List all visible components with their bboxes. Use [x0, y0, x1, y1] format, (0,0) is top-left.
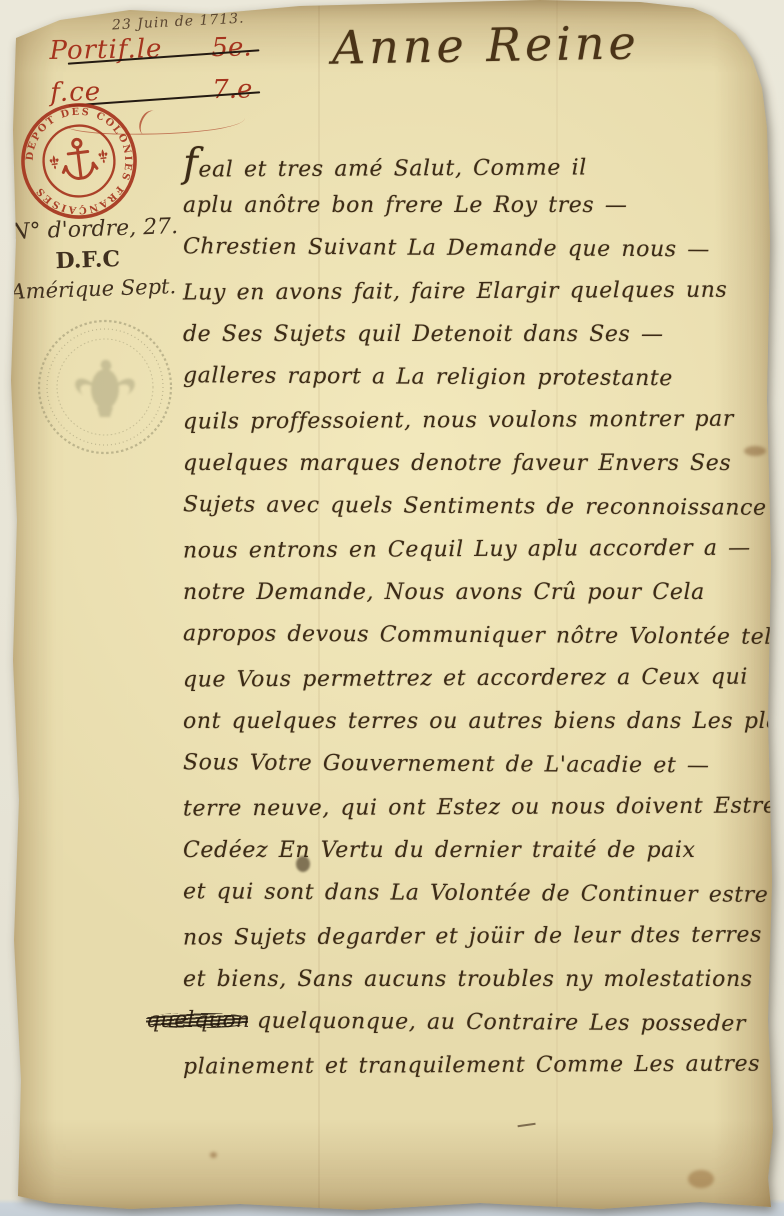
fleur-de-lis-icon: [49, 155, 60, 170]
manuscript-line: Sous Votre Gouvernement de L'acadie et —: [183, 741, 773, 788]
small-pen-mark: [518, 1123, 537, 1133]
manuscript-line: que Vous permettrez et accorderez a Ceux…: [183, 655, 773, 701]
manuscript-line: Cedéez En Vertu du dernier traité de pai…: [183, 829, 773, 872]
manuscript-page: 23 Juin de 1713. Portif.le 5e. f.ce 7.e: [0, 0, 784, 1216]
manuscript-line: aplu anôtre bon frere Le Roy tres —: [183, 184, 773, 227]
portfolio-number: 5e.: [211, 32, 252, 63]
date-annotation: 23 Juin de 1713.: [112, 11, 245, 34]
manuscript-line: et qui sont dans La Volontée de Continue…: [183, 870, 773, 917]
photograph-background: 23 Juin de 1713. Portif.le 5e. f.ce 7.e: [0, 0, 784, 1216]
region-note: Amérique Sept.: [10, 274, 176, 304]
manuscript-line: quelques marques denotre faveur Envers S…: [183, 442, 773, 485]
manuscript-line: quils proffessoient, nous voulons montre…: [183, 397, 773, 443]
ink-smudge: [744, 446, 766, 456]
eagle-emblem: [75, 360, 135, 417]
registry-row-portfolio: Portif.le 5e.: [49, 32, 280, 70]
paper-stain: [210, 1152, 217, 1158]
anchor-icon: [60, 137, 98, 180]
paper-stain: [688, 1170, 714, 1188]
manuscript-line: terre neuve, qui ont Estez ou nous doive…: [183, 784, 773, 830]
ink-blot: [296, 856, 310, 872]
manuscript-line: Luy en avons fait, faire Elargir quelque…: [183, 268, 773, 314]
manuscript-line: ont quelques terres ou autres biens dans…: [183, 700, 773, 743]
faint-embossed-stamp: [34, 316, 176, 458]
manuscript-line: Sujets avec quels Sentiments de reconnoi…: [183, 483, 773, 530]
manuscript-line: Chrestien Suivant La Demande que nous —: [183, 225, 773, 272]
piece-number: 7.e: [212, 74, 253, 105]
manuscript-line: notre Demande, Nous avons Crû pour Cela: [183, 571, 773, 614]
paper-sheet: 23 Juin de 1713. Portif.le 5e. f.ce 7.e: [0, 0, 784, 1216]
collection-code: D.F.C: [55, 246, 120, 274]
manuscript-line: nos Sujets degarder et joüir de leur dte…: [183, 913, 773, 959]
fleur-de-lis-icon: [98, 149, 109, 164]
manuscript-line: et biens, Sans aucuns troubles ny molest…: [183, 958, 773, 1001]
order-number: N° d'ordre, 27.: [10, 214, 179, 245]
page-title: Anne Reine: [332, 15, 653, 75]
manuscript-line: plainement et tranquilement Comme Les au…: [183, 1042, 773, 1088]
colonies-ink-stamp: DÉPÔT DES COLONIES FRANÇAISES: [13, 95, 145, 227]
manuscript-line: de Ses Sujets quil Detenoit dans Ses —: [183, 313, 773, 356]
manuscript-line: quelquonque, au Contraire Les posseder: [183, 999, 773, 1046]
letter-body: feal et tres amé Salut, Comme il aplu an…: [183, 141, 773, 1087]
manuscript-line: feal et tres amé Salut, Comme il: [183, 139, 773, 185]
manuscript-line: nous entrons en Cequil Luy aplu accorder…: [183, 526, 773, 572]
manuscript-line: galleres raport a La religion protestant…: [183, 354, 773, 401]
scratched-out-word: quelquonq: [146, 1008, 248, 1034]
manuscript-line: apropos devous Communiquer nôtre Volonté…: [183, 612, 773, 659]
